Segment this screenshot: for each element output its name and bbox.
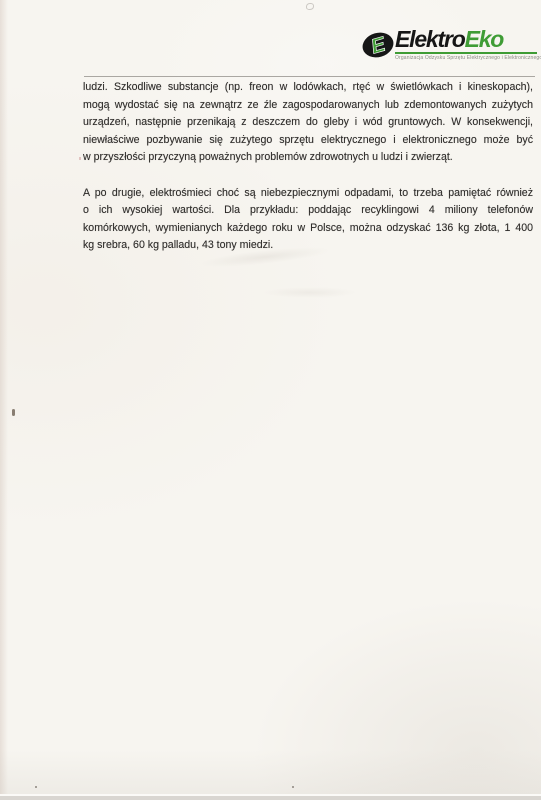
text-line: A po drugie, elektrośmieci choć są niebe… [83,185,533,203]
text-line: w przyszłości przyczyną poważnych proble… [83,149,533,167]
brand-black: Elektro [395,26,465,52]
elektroeko-logo-icon: E [360,28,396,67]
scan-speck-left-edge [12,409,15,416]
text-line: niewłaściwe pozbywanie się zużytego sprz… [83,132,533,150]
scan-left-edge-shadow [0,0,8,800]
elektroeko-logo: E ElektroEko Organizacja Odzysku Sprzętu… [360,27,538,67]
text-line: ludzi. Szkodliwe substancje (np. freon w… [83,79,533,97]
scan-bottom-shadow [0,750,541,795]
scanned-page: E ElektroEko Organizacja Odzysku Sprzętu… [0,0,541,800]
brand-wordmark: ElektroEko [395,27,541,52]
document-body: ludzi. Szkodliwe substancje (np. freon w… [83,79,533,255]
text-line: o ich wysokiej wartości. Dla przykładu: … [83,202,533,220]
text-line: mogą wydostać się na zewnątrz ze źle zag… [83,97,533,115]
scan-artifact-rule [84,76,535,77]
scan-smudge-lower [262,287,357,298]
logo-subtitle: Organizacja Odzysku Sprzętu Elektryczneg… [395,55,541,62]
paragraph: ludzi. Szkodliwe substancje (np. freon w… [83,79,533,167]
brand-green: Eko [465,26,504,52]
elektroeko-logo-text: ElektroEko Organizacja Odzysku Sprzętu E… [395,27,541,62]
scan-speck-margin [79,157,81,160]
text-line: urządzeń, następnie przenikają z deszcze… [83,114,533,132]
scan-speck-top [306,3,314,10]
logo-underline [395,52,537,54]
scan-bottom-edge [0,796,541,800]
text-line: komórkowych, wymienianych każdego roku w… [83,220,533,238]
